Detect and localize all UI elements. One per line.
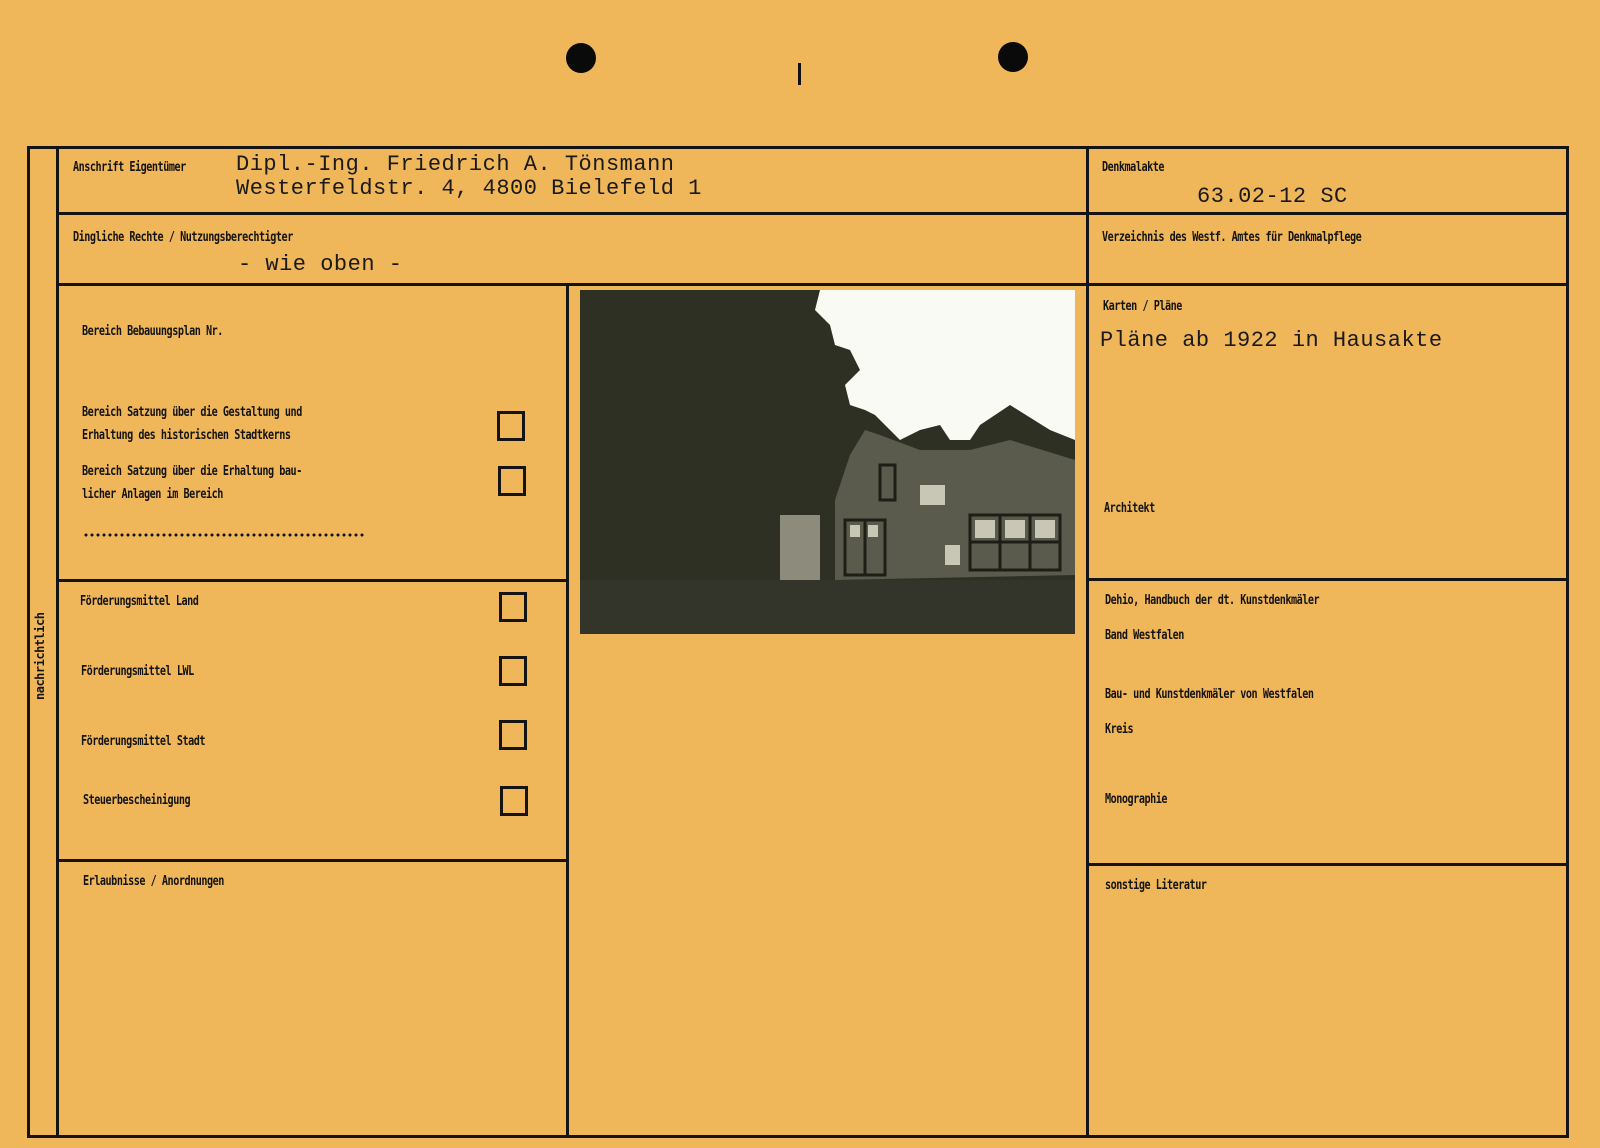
row-divider-2 [56,283,1569,286]
karten-value: Pläne ab 1922 in Hausakte [1100,328,1443,353]
satzung-erhaltung-line2: licher Anlagen im Bereich [82,487,223,502]
side-column-divider [56,146,59,1138]
foerderung-lwl-checkbox[interactable] [499,656,527,686]
foerderung-stadt-label: Förderungsmittel Stadt [81,734,205,749]
architekt-label: Architekt [1104,501,1155,516]
foerderung-lwl-label: Förderungsmittel LWL [81,664,194,679]
denkmalakte-value: 63.02-12 SC [1197,184,1348,209]
dotted-fill-line [83,532,365,538]
right-divider-literatur [1086,578,1569,581]
satzung-erhaltung-line1: Bereich Satzung über die Erhaltung bau- [82,464,302,479]
monographie-label: Monographie [1105,792,1167,807]
left-column-divider [566,284,569,1138]
bau-kunst-label: Bau- und Kunstdenkmäler von Westfalen [1105,687,1314,702]
left-divider-foerderung [56,579,568,582]
punch-hole-right [998,42,1028,72]
karten-label: Karten / Pläne [1103,299,1182,314]
steuerbescheinigung-label: Steuerbescheinigung [83,793,190,808]
satzung-gestaltung-checkbox[interactable] [497,411,525,441]
side-label-nachrichtlich: nachrichtlich [33,613,47,700]
row-divider-1 [56,212,1569,215]
owner-name: Dipl.-Ing. Friedrich A. Tönsmann [236,152,674,177]
dehio-label-line2: Band Westfalen [1105,628,1184,643]
building-photo [580,290,1075,634]
owner-address-label: Anschrift Eigentümer [73,160,186,175]
foerderung-land-checkbox[interactable] [499,592,527,622]
right-column-divider [1086,146,1089,1138]
photo-image [580,290,1075,634]
punch-hole-left [566,43,596,73]
right-divider-sonstige [1086,863,1569,866]
foerderung-stadt-checkbox[interactable] [499,720,527,750]
satzung-gestaltung-line1: Bereich Satzung über die Gestaltung und [82,405,302,420]
left-divider-erlaubnisse [56,859,568,862]
satzung-erhaltung-checkbox[interactable] [498,466,526,496]
satzung-gestaltung-line2: Erhaltung des historischen Stadtkerns [82,428,291,443]
center-mark [798,63,801,85]
verzeichnis-label: Verzeichnis des Westf. Amtes für Denkmal… [1102,230,1361,245]
dehio-label-line1: Dehio, Handbuch der dt. Kunstdenkmäler [1105,593,1319,608]
denkmalakte-label: Denkmalakte [1102,160,1164,175]
kreis-label: Kreis [1105,722,1133,737]
bebauungsplan-label: Bereich Bebauungsplan Nr. [82,324,223,339]
steuerbescheinigung-checkbox[interactable] [500,786,528,816]
erlaubnisse-label: Erlaubnisse / Anordnungen [83,874,224,889]
foerderung-land-label: Förderungsmittel Land [80,594,198,609]
owner-street: Westerfeldstr. 4, 4800 Bielefeld 1 [236,176,702,201]
sonstige-literatur-label: sonstige Literatur [1105,878,1206,893]
rights-value: - wie oben - [238,252,402,277]
rights-label: Dingliche Rechte / Nutzungsberechtigter [73,230,293,245]
